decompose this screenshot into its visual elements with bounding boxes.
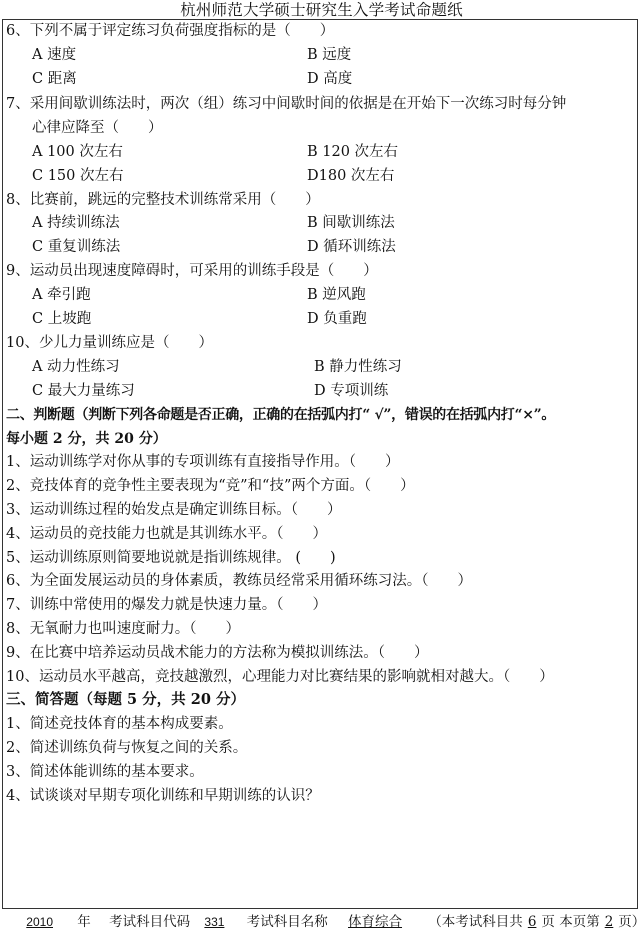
question-10-stem: 10、少儿力量训练应是（ ）: [6, 333, 213, 353]
footer-code: 331: [194, 912, 234, 932]
question-7-stem-cont: 心律应降至（ ）: [32, 118, 163, 138]
question-6-option-b: B 远度: [307, 45, 351, 65]
question-10-option-b: B 静力性练习: [314, 357, 402, 377]
question-7-option-a: A 100 次左右: [32, 142, 123, 162]
question-6-option-a: A 速度: [32, 45, 76, 65]
short-answer-item-1: 1、简述竞技体育的基本构成要素。: [6, 714, 233, 734]
short-answer-item-2: 2、简述训练负荷与恢复之间的关系。: [6, 738, 247, 758]
question-8-option-a: A 持续训练法: [32, 213, 120, 233]
section-2-heading-cont: 每小题 2 分，共 20 分）: [6, 429, 167, 449]
question-10-option-d: D 专项训练: [314, 381, 388, 401]
question-8-option-b: B 间歇训练法: [307, 213, 395, 233]
question-8-stem: 8、比赛前，跳远的完整技术训练常采用（ ）: [6, 190, 320, 210]
question-6-stem: 6、下列不属于评定练习负荷强度指标的是（ ）: [6, 21, 334, 41]
true-false-item-8: 8、无氧耐力也叫速度耐力。（ ）: [6, 619, 240, 639]
question-9-option-b: B 逆风跑: [307, 285, 366, 305]
footer-total-pages: 6: [523, 912, 542, 932]
question-6-option-d: D 高度: [307, 69, 352, 89]
footer-pages-mid: 页 本页第: [541, 912, 599, 932]
question-9-stem: 9、运动员出现速度障碍时，可采用的训练手段是（ ）: [6, 261, 378, 281]
question-8-option-c: C 重复训练法: [32, 237, 120, 257]
section-2-heading: 二、判断题（判断下列各命题是否正确，正确的在括弧内打“ √”，错误的在括弧内打“…: [6, 405, 555, 425]
question-7-option-b: B 120 次左右: [307, 142, 398, 162]
true-false-item-7: 7、训练中常使用的爆发力就是快速力量。（ ）: [6, 595, 327, 615]
question-10-option-c: C 最大力量练习: [32, 381, 135, 401]
true-false-item-2: 2、竞技体育的竞争性主要表现为“竞”和“技”两个方面。（ ）: [6, 476, 415, 496]
footer-year-label: 年: [77, 912, 91, 932]
footer-name-label: 考试科目名称: [247, 912, 328, 932]
footer-subject-name: 体育综合: [332, 912, 418, 932]
true-false-item-4: 4、运动员的竞技能力也就是其训练水平。（ ）: [6, 524, 327, 544]
question-7-stem: 7、采用间歇训练法时，两次（组）练习中间歇时间的依据是在开始下一次练习时每分钟: [6, 94, 566, 114]
page-title: 杭州师范大学硕士研究生入学考试命题纸: [0, 0, 643, 20]
question-9-option-d: D 负重跑: [307, 309, 367, 329]
section-3-heading: 三、简答题（每题 5 分，共 20 分）: [6, 690, 245, 710]
true-false-item-6: 6、为全面发展运动员的身体素质，教练员经常采用循环练习法。（ ）: [6, 571, 472, 591]
footer-current-page: 2: [600, 912, 619, 932]
question-8-option-d: D 循环训练法: [307, 237, 396, 257]
short-answer-item-4: 4、试谈谈对早期专项化训练和早期训练的认识？: [6, 786, 320, 806]
footer-code-label: 考试科目代码: [109, 912, 190, 932]
true-false-item-1: 1、运动训练学对你从事的专项训练有直接指导作用。（ ）: [6, 452, 399, 472]
true-false-item-5: 5、运动训练原则简要地说就是指训练规律。 ( ): [6, 548, 336, 568]
true-false-item-10: 10、运动员水平越高，竞技越激烈，心理能力对比赛结果的影响就相对越大。（ ）: [6, 667, 554, 687]
question-10-option-a: A 动力性练习: [32, 357, 120, 377]
question-6-option-c: C 距离: [32, 69, 77, 89]
footer-year: 2010: [14, 912, 65, 932]
true-false-item-9: 9、在比赛中培养运动员战术能力的方法称为模拟训练法。（ ）: [6, 643, 428, 663]
question-7-option-d: D180 次左右: [307, 166, 394, 186]
short-answer-item-3: 3、简述体能训练的基本要求。: [6, 762, 204, 782]
question-9-option-c: C 上坡跑: [32, 309, 91, 329]
true-false-item-3: 3、运动训练过程的始发点是确定训练目标。（ ）: [6, 500, 341, 520]
question-7-option-c: C 150 次左右: [32, 166, 124, 186]
footer-pages-prefix: （本考试科目共: [428, 912, 523, 932]
footer-pages-suffix: 页）: [618, 912, 643, 932]
footer: 2010 年 考试科目代码 331 考试科目名称 体育综合 （本考试科目共6页 …: [0, 912, 643, 932]
question-9-option-a: A 牵引跑: [32, 285, 91, 305]
